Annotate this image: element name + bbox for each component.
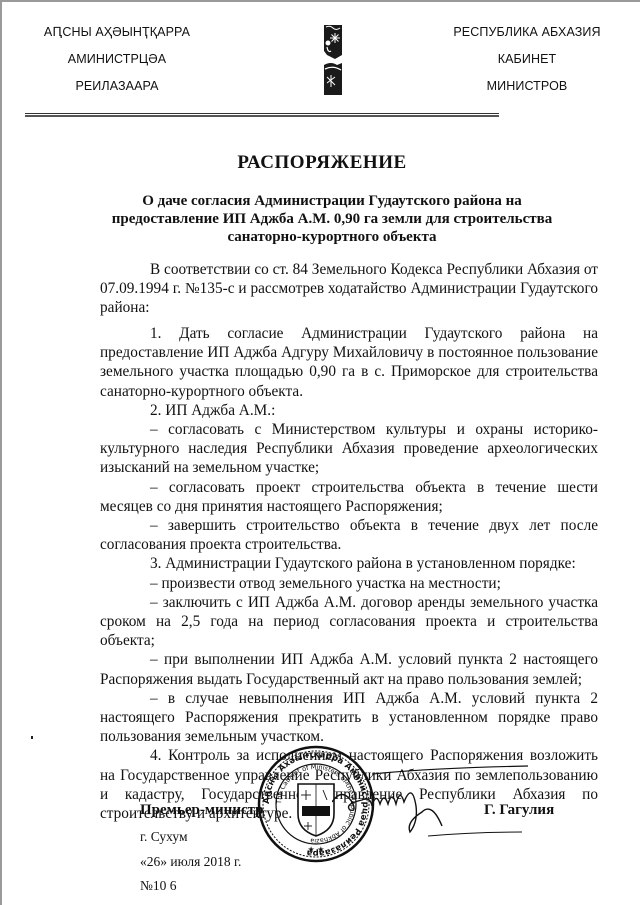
item-1: 1. Дать согласие Администрации Гудаутско… xyxy=(100,324,598,401)
scan-artifact xyxy=(31,736,33,739)
letterhead-right-line3: МИНИСТРОВ xyxy=(442,78,612,105)
abkhazia-emblem-icon xyxy=(323,25,343,95)
document-date: «26» июля 2018 г. xyxy=(140,854,241,870)
item-3-sub-4: – в случае невыполнения ИП Аджба А.М. ус… xyxy=(100,689,598,747)
item-2-sub-2: – согласовать проект строительства объек… xyxy=(100,478,598,516)
item-2: 2. ИП Аджба А.М.: xyxy=(100,401,598,420)
signatory-position: Премьер-министр xyxy=(140,802,264,819)
item-3: 3. Администрации Гудаутского района в ус… xyxy=(100,554,598,573)
letterhead-left-line1: АԤСНЫ АҲӘЫНҬҚАРРА xyxy=(32,24,202,51)
item-3-sub-3: – при выполнении ИП Аджба А.М. условий п… xyxy=(100,650,598,688)
preamble: В соответствии со ст. 84 Земельного Коде… xyxy=(100,260,598,318)
preamble-text: В соответствии со ст. 84 Земельного Коде… xyxy=(100,260,598,318)
letterhead-right-line2: КАБИНЕТ xyxy=(442,51,612,78)
item-3-sub-2: – заключить с ИП Аджба А.М. договор арен… xyxy=(100,593,598,651)
order-items: 1. Дать согласие Администрации Гудаутско… xyxy=(100,324,598,823)
item-3-sub-1: – произвести отвод земельного участка на… xyxy=(100,574,598,593)
document-number: №10 6 xyxy=(140,878,177,894)
document-title: РАСПОРЯЖЕНИЕ xyxy=(2,152,640,174)
letterhead-right: РЕСПУБЛИКА АБХАЗИЯ КАБИНЕТ МИНИСТРОВ xyxy=(442,24,612,105)
letterhead-divider xyxy=(25,113,499,117)
letterhead-right-line1: РЕСПУБЛИКА АБХАЗИЯ xyxy=(442,24,612,51)
letterhead-left-line3: РЕИЛАЗААРА xyxy=(32,78,202,105)
document-subject: О даче согласия Администрации Гудаутског… xyxy=(102,192,562,246)
letterhead-left-line2: АМИНИСТРЦӘА xyxy=(32,51,202,78)
item-2-sub-3: – завершить строительство объекта в тече… xyxy=(100,516,598,554)
svg-text:★ ★: ★ ★ xyxy=(308,845,325,854)
signatory-name: Г. Гагулия xyxy=(484,802,554,819)
document-city: г. Сухум xyxy=(140,829,188,845)
letterhead-left: АԤСНЫ АҲӘЫНҬҚАРРА АМИНИСТРЦӘА РЕИЛАЗААРА xyxy=(32,24,202,105)
item-2-sub-1: – согласовать с Министерством культуры и… xyxy=(100,420,598,478)
